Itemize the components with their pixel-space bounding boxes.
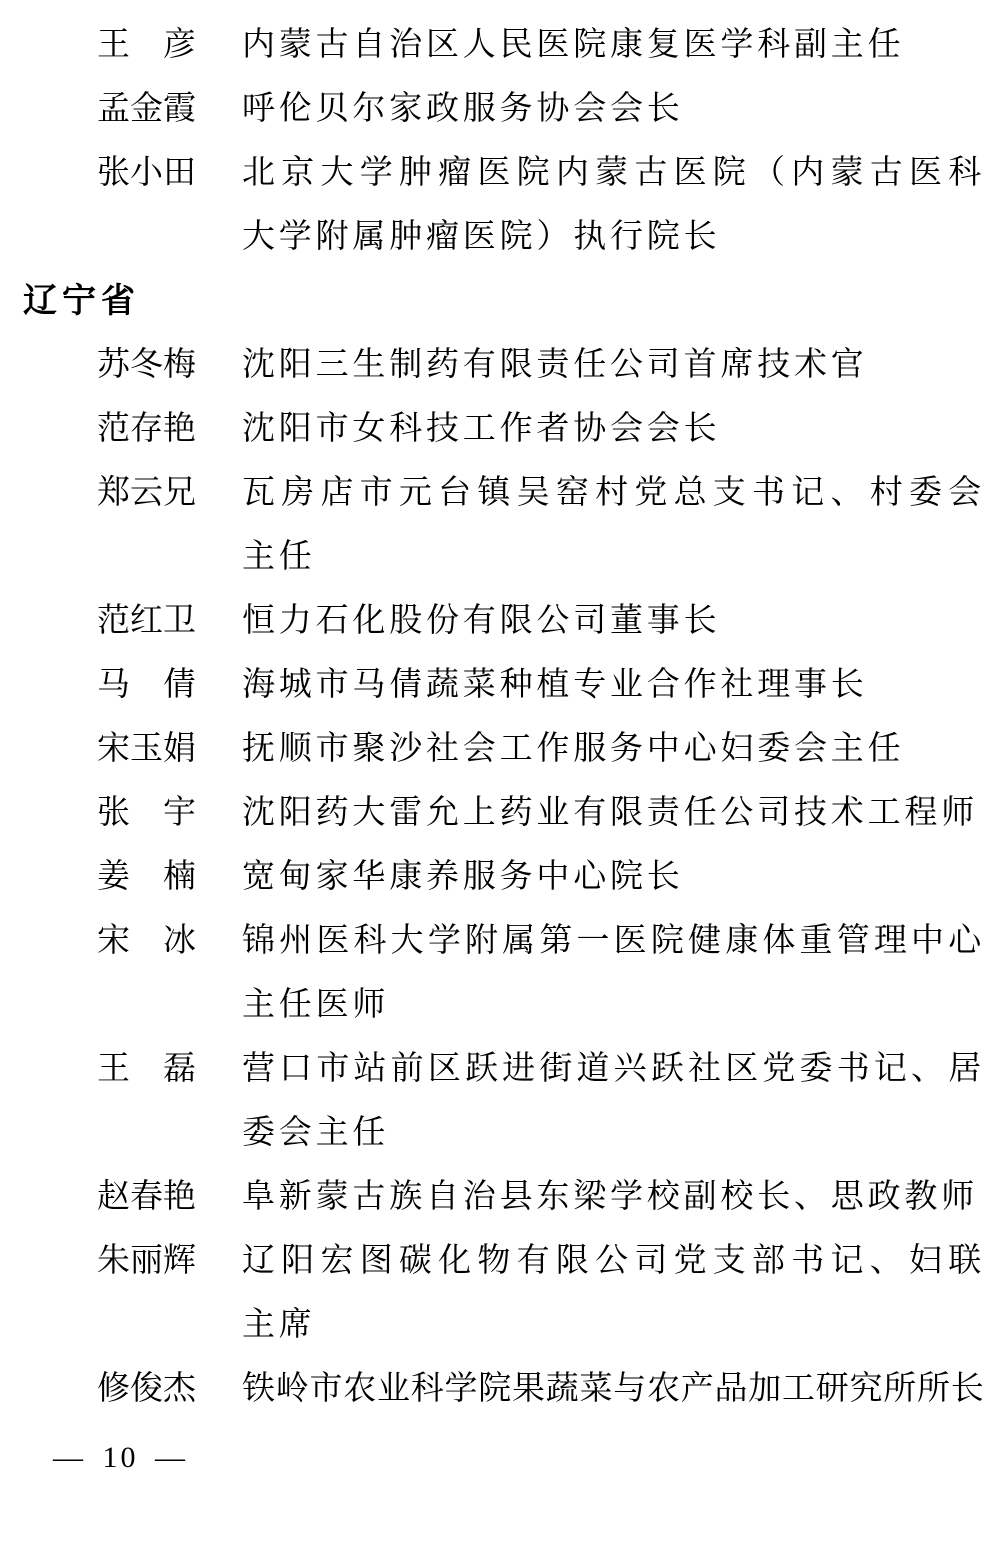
honoree-entry: 苏冬梅 沈阳三生制药有限责任公司首席技术官 [0, 333, 1000, 397]
honoree-entry: 张小田 北京大学肿瘤医院内蒙古医院（内蒙古医科大学附属肿瘤医院）执行院长 [0, 141, 1000, 269]
honoree-entry: 朱丽辉 辽阳宏图碳化物有限公司党支部书记、妇联主席 [0, 1229, 1000, 1357]
honoree-title: 内蒙古自治区人民医院康复医学科副主任 [242, 13, 985, 77]
title-line-continuation: 委会主任 [242, 1101, 985, 1165]
honoree-name: 马 倩 [97, 653, 196, 717]
honoree-name: 孟金霞 [97, 77, 196, 141]
honoree-entry: 姜 楠 宽甸家华康养服务中心院长 [0, 845, 1000, 909]
honoree-entry: 宋玉娟 抚顺市聚沙社会工作服务中心妇委会主任 [0, 717, 1000, 781]
page-footer: — 10 — [53, 1438, 1000, 1478]
honoree-entry: 郑云兄 瓦房店市元台镇吴窑村党总支书记、村委会主任 [0, 461, 1000, 589]
honoree-title: 北京大学肿瘤医院内蒙古医院（内蒙古医科大学附属肿瘤医院）执行院长 [242, 141, 985, 269]
honoree-title: 沈阳药大雷允上药业有限责任公司技术工程师 [242, 781, 985, 845]
honoree-name: 张 宇 [97, 781, 196, 845]
honoree-name: 宋玉娟 [97, 717, 196, 781]
title-line-continuation: 主任 [242, 525, 985, 589]
honoree-entry: 宋 冰 锦州医科大学附属第一医院健康体重管理中心主任医师 [0, 909, 1000, 1037]
title-line: 锦州医科大学附属第一医院健康体重管理中心 [242, 909, 985, 973]
title-line: 营口市站前区跃进街道兴跃社区党委书记、居 [242, 1037, 985, 1101]
honoree-list: 王 彦 内蒙古自治区人民医院康复医学科副主任 孟金霞 呼伦贝尔家政服务协会会长 … [0, 0, 1000, 1421]
honoree-title: 瓦房店市元台镇吴窑村党总支书记、村委会主任 [242, 461, 985, 589]
honoree-title: 阜新蒙古族自治县东梁学校副校长、思政教师 [242, 1165, 985, 1229]
page-number: — 10 — [53, 1441, 188, 1474]
title-line-continuation: 主任医师 [242, 973, 985, 1037]
title-line: 呼伦贝尔家政服务协会会长 [242, 77, 985, 141]
honoree-name: 张小田 [97, 141, 196, 205]
honoree-name: 宋 冰 [97, 909, 196, 973]
honoree-title: 铁岭市农业科学院果蔬菜与农产品加工研究所所长 [242, 1357, 985, 1421]
title-line: 沈阳药大雷允上药业有限责任公司技术工程师 [242, 781, 985, 845]
honoree-name: 苏冬梅 [97, 333, 196, 397]
honoree-title: 营口市站前区跃进街道兴跃社区党委书记、居委会主任 [242, 1037, 985, 1165]
honoree-name: 郑云兄 [97, 461, 196, 525]
honoree-title: 抚顺市聚沙社会工作服务中心妇委会主任 [242, 717, 985, 781]
title-line: 铁岭市农业科学院果蔬菜与农产品加工研究所所长 [242, 1357, 985, 1421]
province-header: 辽宁省 [23, 269, 1000, 333]
title-line: 恒力石化股份有限公司董事长 [242, 589, 985, 653]
honoree-title: 沈阳市女科技工作者协会会长 [242, 397, 985, 461]
honoree-title: 呼伦贝尔家政服务协会会长 [242, 77, 985, 141]
honoree-name: 赵春艳 [97, 1165, 196, 1229]
title-line-continuation: 主席 [242, 1293, 985, 1357]
honoree-name: 范红卫 [97, 589, 196, 653]
honoree-entry: 孟金霞 呼伦贝尔家政服务协会会长 [0, 77, 1000, 141]
document-page: 王 彦 内蒙古自治区人民医院康复医学科副主任 孟金霞 呼伦贝尔家政服务协会会长 … [0, 0, 1000, 1546]
honoree-entry: 王 磊 营口市站前区跃进街道兴跃社区党委书记、居委会主任 [0, 1037, 1000, 1165]
title-line: 内蒙古自治区人民医院康复医学科副主任 [242, 13, 985, 77]
honoree-entry: 马 倩 海城市马倩蔬菜种植专业合作社理事长 [0, 653, 1000, 717]
honoree-title: 宽甸家华康养服务中心院长 [242, 845, 985, 909]
title-line: 阜新蒙古族自治县东梁学校副校长、思政教师 [242, 1165, 985, 1229]
honoree-name: 修俊杰 [97, 1357, 196, 1421]
honoree-name: 姜 楠 [97, 845, 196, 909]
title-line: 沈阳市女科技工作者协会会长 [242, 397, 985, 461]
honoree-entry: 王 彦 内蒙古自治区人民医院康复医学科副主任 [0, 13, 1000, 77]
honoree-entry: 范存艳 沈阳市女科技工作者协会会长 [0, 397, 1000, 461]
title-line: 北京大学肿瘤医院内蒙古医院（内蒙古医科 [242, 141, 985, 205]
honoree-name: 王 彦 [97, 13, 196, 77]
honoree-name: 朱丽辉 [97, 1229, 196, 1293]
title-line: 沈阳三生制药有限责任公司首席技术官 [242, 333, 985, 397]
title-line: 辽阳宏图碳化物有限公司党支部书记、妇联 [242, 1229, 985, 1293]
title-line: 宽甸家华康养服务中心院长 [242, 845, 985, 909]
honoree-title: 沈阳三生制药有限责任公司首席技术官 [242, 333, 985, 397]
honoree-title: 辽阳宏图碳化物有限公司党支部书记、妇联主席 [242, 1229, 985, 1357]
honoree-title: 恒力石化股份有限公司董事长 [242, 589, 985, 653]
honoree-name: 王 磊 [97, 1037, 196, 1101]
title-line: 瓦房店市元台镇吴窑村党总支书记、村委会 [242, 461, 985, 525]
title-line: 抚顺市聚沙社会工作服务中心妇委会主任 [242, 717, 985, 781]
honoree-title: 锦州医科大学附属第一医院健康体重管理中心主任医师 [242, 909, 985, 1037]
honoree-entry: 赵春艳 阜新蒙古族自治县东梁学校副校长、思政教师 [0, 1165, 1000, 1229]
title-line: 海城市马倩蔬菜种植专业合作社理事长 [242, 653, 985, 717]
honoree-title: 海城市马倩蔬菜种植专业合作社理事长 [242, 653, 985, 717]
honoree-entry: 修俊杰 铁岭市农业科学院果蔬菜与农产品加工研究所所长 [0, 1357, 1000, 1421]
honoree-entry: 范红卫 恒力石化股份有限公司董事长 [0, 589, 1000, 653]
honoree-entry: 张 宇 沈阳药大雷允上药业有限责任公司技术工程师 [0, 781, 1000, 845]
honoree-name: 范存艳 [97, 397, 196, 461]
title-line-continuation: 大学附属肿瘤医院）执行院长 [242, 205, 985, 269]
